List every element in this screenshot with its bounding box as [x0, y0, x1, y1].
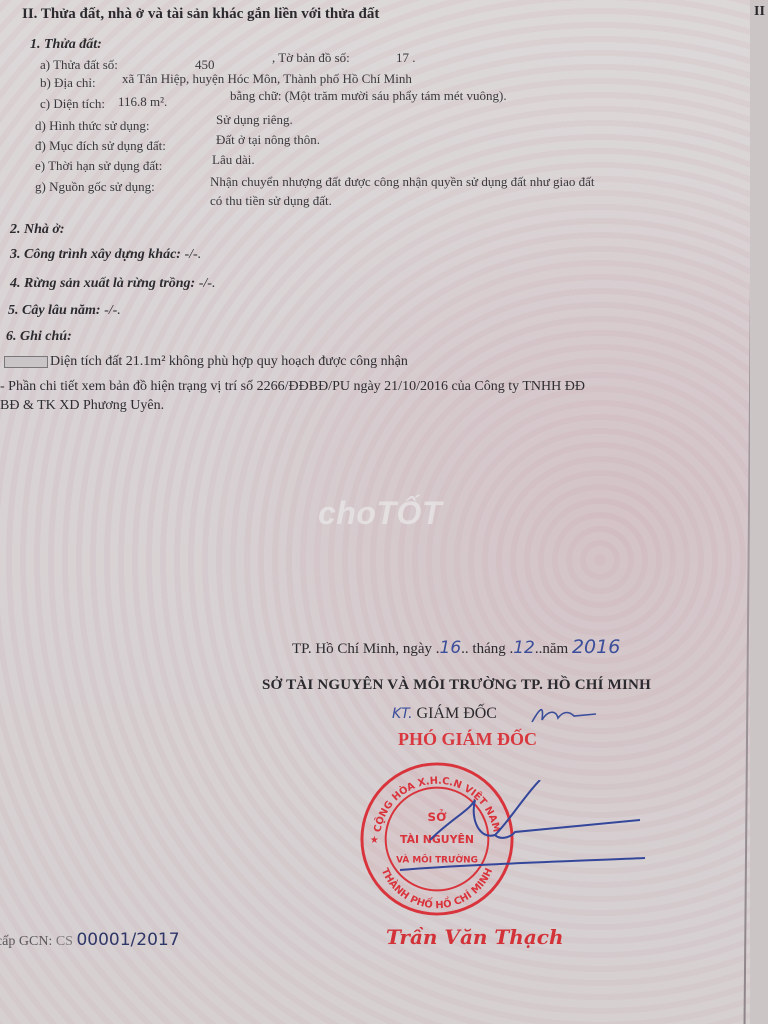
- redacted-box: [4, 356, 48, 368]
- next-page-edge: II: [750, 0, 768, 1024]
- next-page-heading: II: [754, 4, 765, 20]
- note-line-2: - Phần chi tiết xem bản đồ hiện trạng vị…: [0, 379, 585, 395]
- area-words: bằng chữ: (Một trăm mười sáu phẩy tám mé…: [230, 88, 507, 104]
- perennial-heading: 5. Cây lâu năm: -/-.: [8, 303, 121, 319]
- forest-label: 4. Rừng sản xuất là rừng trồng:: [10, 276, 195, 291]
- vice-director-title: PHÓ GIÁM ĐỐC: [398, 729, 537, 750]
- map-sheet-label: , Tờ bản đồ số:: [272, 50, 350, 66]
- svg-text:★: ★: [370, 835, 379, 846]
- term-label: e) Thời hạn sử dụng đất:: [35, 158, 162, 174]
- note-line-3: BĐ & TK XD Phương Uyên.: [0, 398, 164, 414]
- issuing-office: SỞ TÀI NGUYÊN VÀ MÔI TRƯỜNG TP. HỒ CHÍ M…: [262, 677, 651, 694]
- address-label: b) Địa chỉ:: [40, 75, 96, 91]
- certificate-number-prefix: CS: [56, 934, 73, 949]
- section-title: II. Thửa đất, nhà ở và tài sản khác gắn …: [22, 6, 379, 23]
- director-title: GIÁM ĐỐC: [417, 705, 497, 722]
- director-line: KT. GIÁM ĐỐC: [392, 705, 497, 723]
- note-line-1-text: Diện tích đất 21.1m² không phù hợp quy h…: [50, 354, 408, 369]
- note-line-1: Diện tích đất 21.1m² không phù hợp quy h…: [4, 354, 408, 370]
- place-date-line: TP. Hồ Chí Minh, ngày .16.. tháng .12..n…: [292, 636, 620, 658]
- place-date-prefix: TP. Hồ Chí Minh, ngày: [292, 641, 432, 657]
- area-value: 116.8 m².: [118, 94, 167, 110]
- forest-value: -/-.: [199, 276, 216, 291]
- perennial-value: -/-.: [104, 303, 121, 318]
- origin-value-line2: có thu tiền sử dụng đất.: [210, 193, 332, 209]
- other-construction-value: -/-.: [184, 247, 201, 262]
- land-heading: 1. Thửa đất:: [30, 37, 102, 53]
- term-value: Lâu dài.: [212, 152, 255, 168]
- parcel-label: a) Thửa đất số:: [40, 57, 118, 73]
- origin-value-line1: Nhận chuyển nhượng đất được công nhận qu…: [210, 174, 595, 190]
- house-heading: 2. Nhà ở:: [10, 222, 65, 238]
- certificate-number-label: Số vào sổ cấp GCN:: [0, 934, 52, 949]
- map-sheet-value: 17 .: [396, 50, 416, 66]
- address-value: xã Tân Hiệp, huyện Hóc Môn, Thành phố Hồ…: [122, 71, 412, 87]
- certificate-number-line: Số vào sổ cấp GCN: CS 00001/2017: [0, 930, 180, 950]
- origin-label: g) Nguồn gốc sử dụng:: [35, 179, 155, 195]
- other-construction-label: 3. Công trình xây dựng khác:: [10, 247, 181, 262]
- year-label: năm: [542, 641, 568, 657]
- usage-form-label: d) Hình thức sử dụng:: [35, 118, 149, 134]
- signature: [400, 780, 660, 890]
- kt-prefix: KT.: [392, 706, 413, 722]
- perennial-label: 5. Cây lâu năm:: [8, 303, 101, 318]
- month-label: tháng: [472, 641, 505, 657]
- signer-name: Trần Văn Thạch: [386, 925, 564, 949]
- initials-scribble: [530, 700, 600, 728]
- certificate-number-value: 00001/2017: [76, 930, 179, 950]
- issue-month: 12: [513, 638, 535, 658]
- purpose-value: Đất ở tại nông thôn.: [216, 132, 320, 148]
- purpose-label: đ) Mục đích sử dụng đất:: [35, 138, 166, 154]
- forest-heading: 4. Rừng sản xuất là rừng trồng: -/-.: [10, 276, 215, 292]
- chotot-watermark: choTỐT: [318, 495, 442, 532]
- issue-year: 2016: [572, 636, 620, 658]
- notes-heading: 6. Ghi chú:: [6, 329, 72, 345]
- usage-form-value: Sử dụng riêng.: [216, 112, 293, 128]
- area-label: c) Diện tích:: [40, 96, 105, 112]
- issue-day: 16: [440, 638, 462, 658]
- other-construction-heading: 3. Công trình xây dựng khác: -/-.: [10, 247, 201, 263]
